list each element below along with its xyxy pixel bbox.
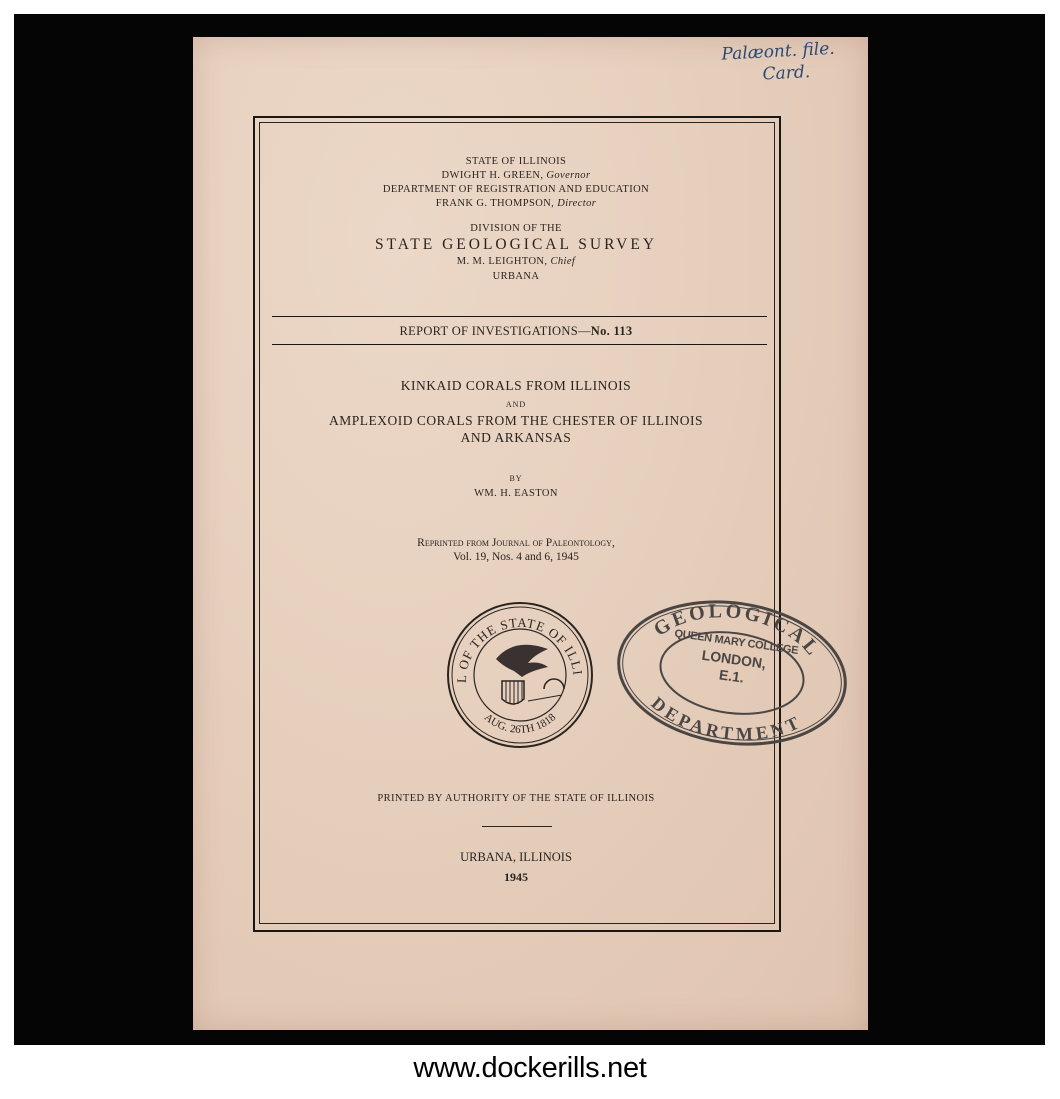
director-line: FRANK G. THOMPSON, Director [259, 198, 773, 209]
svg-text:AUG. 26TH 1818: AUG. 26TH 1818 [482, 711, 559, 736]
authority-line: PRINTED BY AUTHORITY OF THE STATE OF ILL… [259, 793, 773, 804]
rule-top [272, 316, 767, 317]
report-label: REPORT OF INVESTIGATIONS— [400, 324, 591, 338]
report-line: REPORT OF INVESTIGATIONS—No. 113 [259, 324, 773, 339]
rule-bottom [272, 344, 767, 345]
title-line-2: AMPLEXOID CORALS FROM THE CHESTER OF ILL… [259, 413, 773, 429]
report-number: No. 113 [591, 324, 633, 338]
short-divider [482, 826, 552, 827]
imprint-place: URBANA, ILLINOIS [259, 850, 773, 865]
reprint-line-2: Vol. 19, Nos. 4 and 6, 1945 [259, 551, 773, 563]
reprint-line-1: Reprinted from Journal of Paleontology, [259, 537, 773, 549]
chief-name: M. M. LEIGHTON, [457, 256, 548, 267]
state-seal-icon: SEAL OF THE STATE OF ILLINOIS AUG. 26TH … [444, 601, 596, 749]
department-line: DEPARTMENT OF REGISTRATION AND EDUCATION [259, 184, 773, 195]
title-line-1: KINKAID CORALS FROM ILLINOIS [259, 378, 773, 394]
state-heading: STATE OF ILLINOIS [259, 156, 773, 167]
governor-name: DWIGHT H. GREEN, [442, 170, 544, 181]
imprint-year: 1945 [259, 870, 773, 885]
city-line: URBANA [259, 271, 773, 282]
chief-title: Chief [550, 256, 575, 267]
governor-line: DWIGHT H. GREEN, Governor [259, 170, 773, 181]
governor-title: Governor [546, 170, 590, 181]
author: WM. H. EASTON [259, 488, 773, 499]
chief-line: M. M. LEIGHTON, Chief [259, 256, 773, 267]
director-name: FRANK G. THOMPSON, [436, 198, 554, 209]
survey-title: STATE GEOLOGICAL SURVEY [259, 236, 773, 254]
title-line-3: AND ARKANSAS [259, 430, 773, 446]
title-and: AND [259, 400, 773, 409]
handwritten-note: Palæont. file. Card. [721, 36, 863, 87]
division-line: DIVISION OF THE [259, 223, 773, 234]
website-footer: www.dockerills.net [0, 1052, 1060, 1085]
byline-by: BY [259, 474, 773, 483]
director-title: Director [557, 198, 596, 209]
